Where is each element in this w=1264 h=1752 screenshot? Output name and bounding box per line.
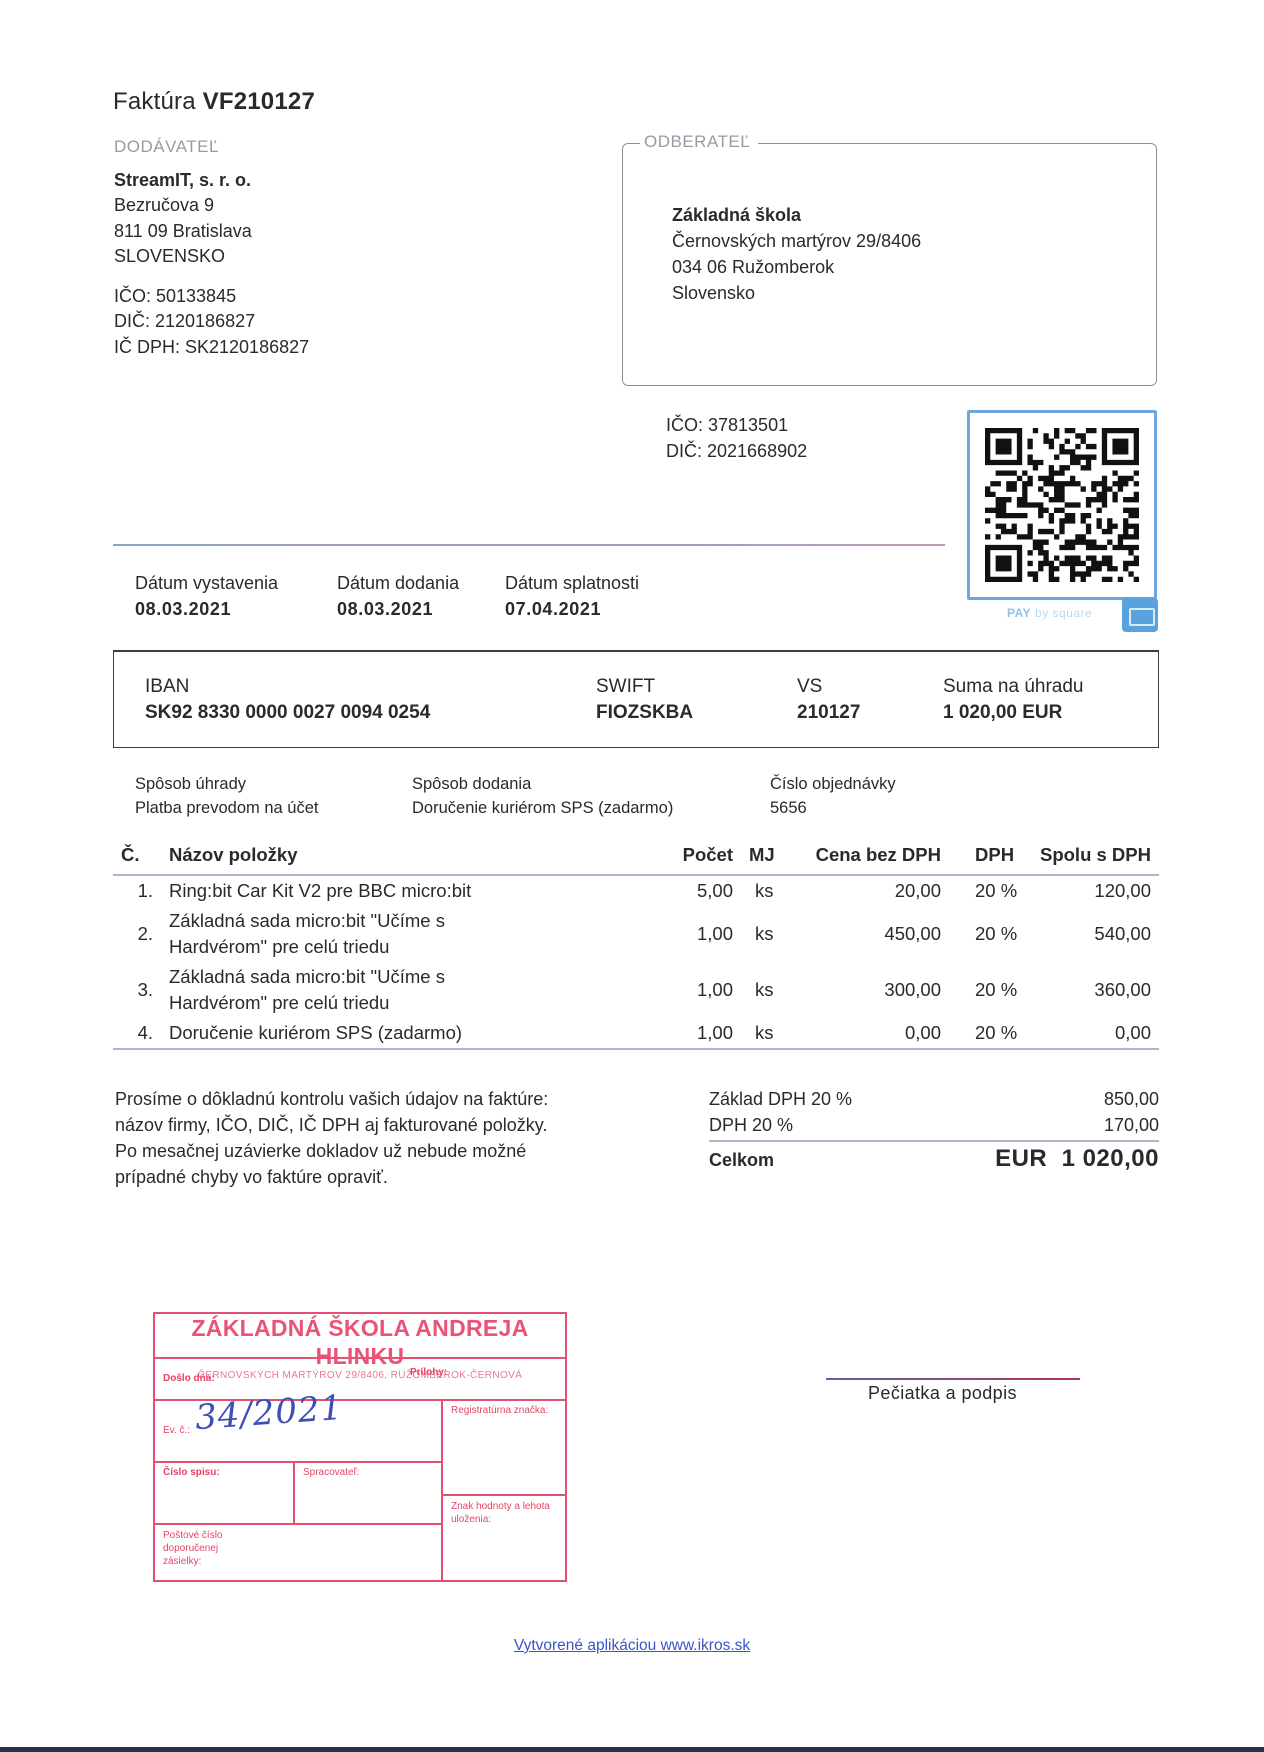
note-line: názov firmy, IČO, DIČ, IČ DPH aj fakturo… (115, 1112, 635, 1138)
supplier-label: DODÁVATEĽ (114, 134, 309, 160)
stamp-ev: Ev. č.: 34/2021 (155, 1401, 443, 1463)
item-name-line: Ring:bit Car Kit V2 pre BBC micro:bit (169, 878, 643, 904)
order-number: Číslo objednávky 5656 (770, 772, 896, 820)
stamp-retention-label: Znak hodnoty a lehota uloženia: (451, 1501, 550, 1525)
iban-label: IBAN (145, 674, 430, 700)
stamp-file: Číslo spisu: (155, 1463, 295, 1525)
customer-street: Černovských martýrov 29/8406 (672, 228, 921, 254)
due-date: Dátum splatnosti 07.04.2021 (505, 570, 639, 622)
col-price: Cena bez DPH (801, 836, 949, 875)
order-number-value: 5656 (770, 796, 896, 820)
item-total: 360,00 (1031, 962, 1159, 1018)
issue-date-label: Dátum vystavenia (135, 570, 337, 596)
item-name-line: Hardvérom" pre celú triedu (169, 934, 643, 960)
totals: Základ DPH 20 % 850,00 DPH 20 % 170,00 C… (709, 1086, 1159, 1173)
table-row: 2.Základná sada micro:bit "Učíme sHardvé… (113, 906, 1159, 962)
delivery-date-value: 08.03.2021 (337, 596, 505, 622)
customer-ico: IČO: 37813501 (666, 412, 807, 438)
note-line: Po mesačnej uzávierke dokladov už nebude… (115, 1138, 635, 1164)
issue-date-value: 08.03.2021 (135, 596, 337, 622)
vs: VS 210127 (797, 674, 860, 726)
stamp-file-label: Číslo spisu: (163, 1467, 220, 1478)
table-row: 4.Doručenie kuriérom SPS (zadarmo)1,00ks… (113, 1018, 1159, 1049)
pay-label: PAY (1007, 606, 1031, 620)
stamp-postal-label: Poštové číslo doporučenej zásielky: (163, 1529, 253, 1568)
bank-details: IBAN SK92 8330 0000 0027 0094 0254 SWIFT… (113, 650, 1159, 748)
delivery-method: Spôsob dodania Doručenie kuriérom SPS (z… (412, 772, 673, 820)
swift: SWIFT FIOZSKBA (596, 674, 693, 726)
stamp-reg: Registratúrna značka: (443, 1401, 565, 1496)
vat-value: 170,00 (1104, 1112, 1159, 1138)
supplier-dic: DIČ: 2120186827 (114, 309, 309, 335)
qr-code-icon (985, 428, 1139, 582)
item-unit: ks (741, 906, 801, 962)
item-unit: ks (741, 875, 801, 906)
delivery-date: Dátum dodania 08.03.2021 (337, 570, 505, 622)
swift-label: SWIFT (596, 674, 693, 700)
item-vat: 20 % (949, 1018, 1031, 1049)
item-vat: 20 % (949, 962, 1031, 1018)
col-total: Spolu s DPH (1031, 836, 1159, 875)
item-name: Základná sada micro:bit "Učíme sHardvéro… (161, 906, 651, 962)
col-vat: DPH (949, 836, 1031, 875)
table-row: 3.Základná sada micro:bit "Učíme sHardvé… (113, 962, 1159, 1018)
vat-base-row: Základ DPH 20 % 850,00 (709, 1086, 1159, 1112)
swift-value: FIOZSKBA (596, 700, 693, 726)
registry-stamp: ZÁKLADNÁ ŠKOLA ANDREJA HLINKU ČERNOVSKÝC… (153, 1312, 567, 1582)
item-number: 4. (113, 1018, 161, 1049)
item-total: 540,00 (1031, 906, 1159, 962)
note-line: Prosíme o dôkladnú kontrolu vašich údajo… (115, 1086, 635, 1112)
item-qty: 5,00 (651, 875, 741, 906)
delivery-date-label: Dátum dodania (337, 570, 505, 596)
item-qty: 1,00 (651, 1018, 741, 1049)
item-qty: 1,00 (651, 962, 741, 1018)
item-name: Doručenie kuriérom SPS (zadarmo) (161, 1018, 651, 1049)
by-square-label: by square (1035, 606, 1092, 620)
supplier-ico: IČO: 50133845 (114, 284, 309, 310)
supplier-street: Bezručova 9 (114, 193, 309, 219)
vs-value: 210127 (797, 700, 860, 726)
item-number: 1. (113, 875, 161, 906)
col-unit: MJ (741, 836, 801, 875)
table-row: 1.Ring:bit Car Kit V2 pre BBC micro:bit5… (113, 875, 1159, 906)
stamp-reg-label: Registratúrna značka: (451, 1405, 548, 1416)
grand-total-value: EUR 1 020,00 (995, 1146, 1159, 1172)
stamp-handler-label: Spracovateľ: (303, 1467, 359, 1478)
item-number: 3. (113, 962, 161, 1018)
pay-by-square-qr (967, 410, 1157, 600)
vs-label: VS (797, 674, 860, 700)
delivery-method-value: Doručenie kuriérom SPS (zadarmo) (412, 796, 673, 820)
divider (113, 544, 945, 546)
issue-date: Dátum vystavenia 08.03.2021 (135, 570, 337, 622)
item-name-line: Základná sada micro:bit "Učíme s (169, 964, 643, 990)
customer-city: 034 06 Ružomberok (672, 254, 921, 280)
supplier-block: DODÁVATEĽ StreamIT, s. r. o. Bezručova 9… (114, 134, 309, 360)
signature-label: Pečiatka a podpis (868, 1383, 1017, 1404)
item-name-line: Doručenie kuriérom SPS (zadarmo) (169, 1020, 643, 1046)
customer-country: Slovensko (672, 280, 921, 306)
vat-base-value: 850,00 (1104, 1086, 1159, 1112)
payment-method-value: Platba prevodom na účet (135, 796, 318, 820)
customer-ids: IČO: 37813501 DIČ: 2021668902 (666, 412, 807, 464)
dates-row: Dátum vystavenia 08.03.2021 Dátum dodani… (135, 570, 639, 622)
payment-method-label: Spôsob úhrady (135, 772, 318, 796)
amount-due-value: 1 020,00 EUR (943, 700, 1084, 726)
vat-label: DPH 20 % (709, 1112, 793, 1138)
customer-dic: DIČ: 2021668902 (666, 438, 807, 464)
table-header: Č. Názov položky Počet MJ Cena bez DPH D… (113, 836, 1159, 875)
stamp-handler: Spracovateľ: (295, 1463, 443, 1525)
customer-label: ODBERATEĽ (640, 132, 758, 152)
customer-address: Základná škola Černovských martýrov 29/8… (672, 202, 921, 306)
supplier-city: 811 09 Bratislava (114, 219, 309, 245)
stamp-ev-label: Ev. č.: (163, 1425, 190, 1436)
item-vat: 20 % (949, 875, 1031, 906)
item-name-line: Základná sada micro:bit "Učíme s (169, 908, 643, 934)
item-price: 20,00 (801, 875, 949, 906)
signature-line (826, 1378, 1080, 1380)
col-qty: Počet (651, 836, 741, 875)
amount-due: Suma na úhradu 1 020,00 EUR (943, 674, 1084, 726)
due-date-label: Dátum splatnosti (505, 570, 639, 596)
item-price: 0,00 (801, 1018, 949, 1049)
stamp-attachments-label: Prílohy: (410, 1367, 447, 1378)
item-vat: 20 % (949, 906, 1031, 962)
item-unit: ks (741, 1018, 801, 1049)
items-table: Č. Názov položky Počet MJ Cena bez DPH D… (113, 836, 1159, 1050)
supplier-name: StreamIT, s. r. o. (114, 168, 309, 194)
stamp-retention: Znak hodnoty a lehota uloženia: (443, 1496, 565, 1580)
amount-due-label: Suma na úhradu (943, 674, 1084, 700)
invoice-title: Faktúra VF210127 (113, 88, 315, 116)
pay-by-square-label: PAY by square (1007, 606, 1092, 620)
delivery-method-label: Spôsob dodania (412, 772, 673, 796)
grand-total-row: Celkom EUR 1 020,00 (709, 1146, 1159, 1173)
invoice-number: VF210127 (203, 88, 315, 115)
customer-name: Základná škola (672, 202, 921, 228)
stamp-received: Došlo dňa: Prílohy: (155, 1359, 565, 1401)
col-name: Názov položky (161, 836, 651, 875)
stamp-received-label: Došlo dňa: (163, 1373, 215, 1384)
item-total: 0,00 (1031, 1018, 1159, 1049)
supplier-country: SLOVENSKO (114, 244, 309, 270)
order-number-label: Číslo objednávky (770, 772, 896, 796)
item-name: Ring:bit Car Kit V2 pre BBC micro:bit (161, 875, 651, 906)
item-price: 300,00 (801, 962, 949, 1018)
stamp-postal: Poštové číslo doporučenej zásielky: (155, 1525, 443, 1580)
item-number: 2. (113, 906, 161, 962)
invoice-title-prefix: Faktúra (113, 88, 196, 115)
card-icon (1122, 598, 1158, 632)
item-price: 450,00 (801, 906, 949, 962)
check-note: Prosíme o dôkladnú kontrolu vašich údajo… (115, 1086, 635, 1190)
due-date-value: 07.04.2021 (505, 596, 639, 622)
item-qty: 1,00 (651, 906, 741, 962)
supplier-ic-dph: IČ DPH: SK2120186827 (114, 335, 309, 361)
item-total: 120,00 (1031, 875, 1159, 906)
footer-link[interactable]: Vytvorené aplikáciou www.ikros.sk (0, 1637, 1264, 1655)
item-name-line: Hardvérom" pre celú triedu (169, 990, 643, 1016)
vat-row: DPH 20 % 170,00 (709, 1112, 1159, 1138)
item-name: Základná sada micro:bit "Učíme sHardvéro… (161, 962, 651, 1018)
payment-method: Spôsob úhrady Platba prevodom na účet (135, 772, 318, 820)
iban-value: SK92 8330 0000 0027 0094 0254 (145, 700, 430, 726)
stamp-header: ZÁKLADNÁ ŠKOLA ANDREJA HLINKU ČERNOVSKÝC… (155, 1314, 565, 1359)
col-no: Č. (113, 836, 161, 875)
vat-base-label: Základ DPH 20 % (709, 1086, 852, 1112)
item-unit: ks (741, 962, 801, 1018)
note-line: prípadné chyby vo faktúre opraviť. (115, 1164, 635, 1190)
iban: IBAN SK92 8330 0000 0027 0094 0254 (145, 674, 430, 726)
ikros-link[interactable]: Vytvorené aplikáciou www.ikros.sk (514, 1637, 750, 1654)
grand-total-label: Celkom (709, 1147, 774, 1173)
scan-edge (0, 1747, 1264, 1752)
